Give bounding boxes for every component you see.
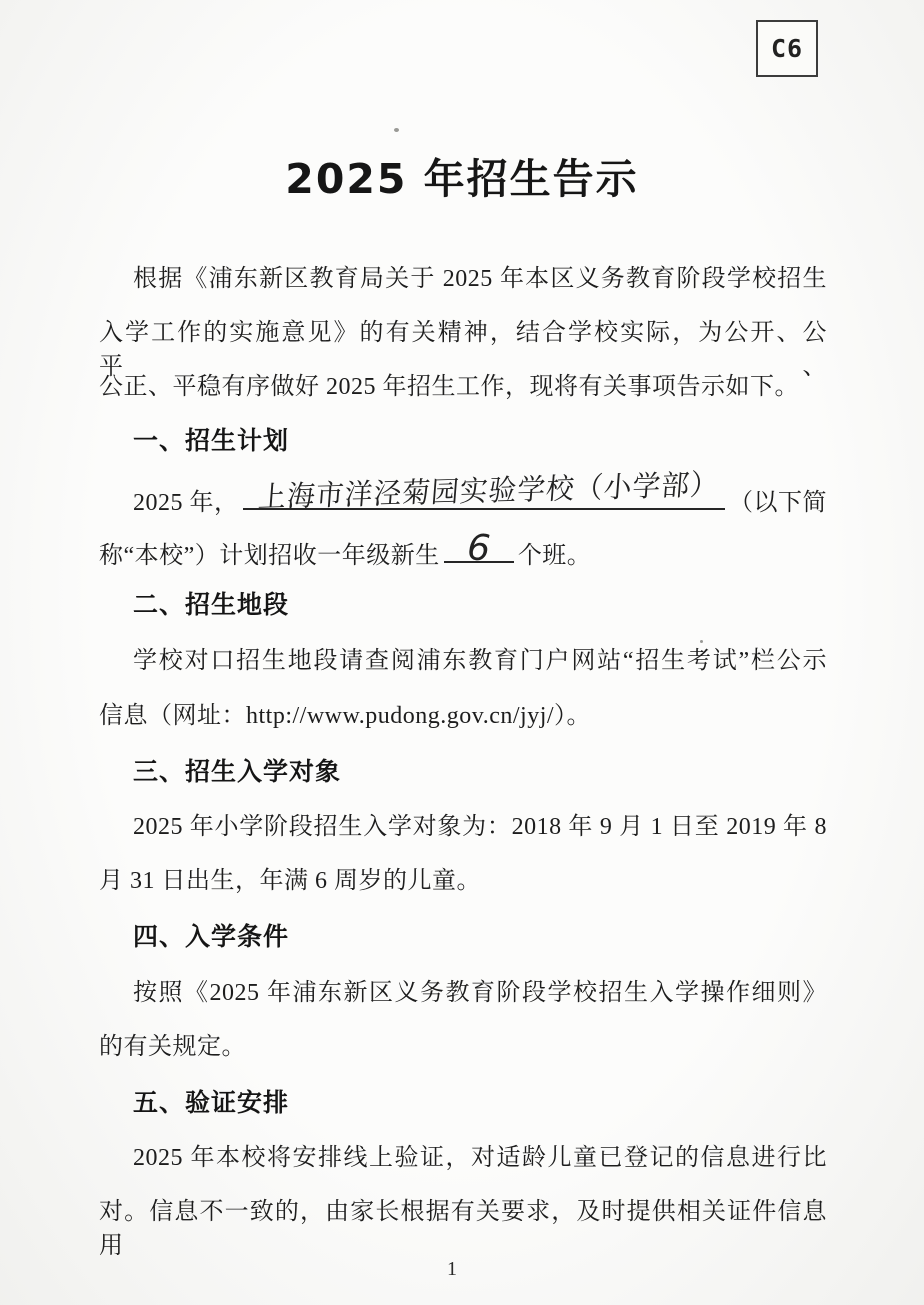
class-count-blank: 6 [444,533,514,563]
school-name-blank: 上海市洋泾菊园实验学校（小学部） [243,478,726,510]
section1-heading: 一、招生计划 [99,424,827,458]
section4-heading: 四、入学条件 [99,920,827,954]
section5-line-1: 2025 年本校将安排线上验证，对适龄儿童已登记的信息进行比 [99,1141,827,1175]
page-title: 2025 年招生告示 [0,146,924,205]
section5-heading: 五、验证安排 [99,1086,827,1120]
section1-line1-suffix: （以下简 [729,486,827,520]
section1-line-1: 2025 年， 上海市洋泾菊园实验学校（小学部） （以下简 [99,478,827,520]
page-number: 1 [0,1258,904,1281]
scan-speckle [394,128,399,132]
section2-line-1: 学校对口招生地段请查阅浦东教育门户网站“招生考试”栏公示 [99,644,827,678]
scan-speckle [700,640,703,643]
section5-line-2: 对。信息不一致的，由家长根据有关要求，及时提供相关证件信息用 [99,1195,827,1263]
section4-line-2: 的有关规定。 [99,1030,827,1064]
handwritten-school-name: 上海市洋泾菊园实验学校（小学部） [257,467,720,514]
document-code: C6 [771,34,803,63]
section4-line-1: 按照《2025 年浦东新区义务教育阶段学校招生入学操作细则》 [99,976,827,1010]
section2-heading: 二、招生地段 [99,588,827,622]
section1-line1-prefix: 2025 年， [133,486,239,520]
section3-heading: 三、招生入学对象 [99,755,827,789]
scanned-document-page: C6 2025 年招生告示 根据《浦东新区教育局关于 2025 年本区义务教育阶… [0,0,924,1305]
document-code-box: C6 [756,20,818,77]
section1-line2-suffix: 个班。 [518,543,592,569]
section1-line-2: 称“本校”）计划招收一年级新生6个班。 [99,533,827,573]
intro-line-1: 根据《浦东新区教育局关于 2025 年本区义务教育阶段学校招生 [99,262,827,296]
section3-line-1: 2025 年小学阶段招生入学对象为：2018 年 9 月 1 日至 2019 年… [99,810,827,844]
intro-line-3: 公正、平稳有序做好 2025 年招生工作，现将有关事项告示如下。 [99,370,827,404]
section3-line-2: 月 31 日出生，年满 6 周岁的儿童。 [99,864,827,898]
section1-line2-prefix: 称“本校”）计划招收一年级新生 [99,543,440,569]
section2-line-2: 信息（网址：http://www.pudong.gov.cn/jyj/）。 [99,699,827,733]
handwritten-class-count: 6 [443,530,515,569]
